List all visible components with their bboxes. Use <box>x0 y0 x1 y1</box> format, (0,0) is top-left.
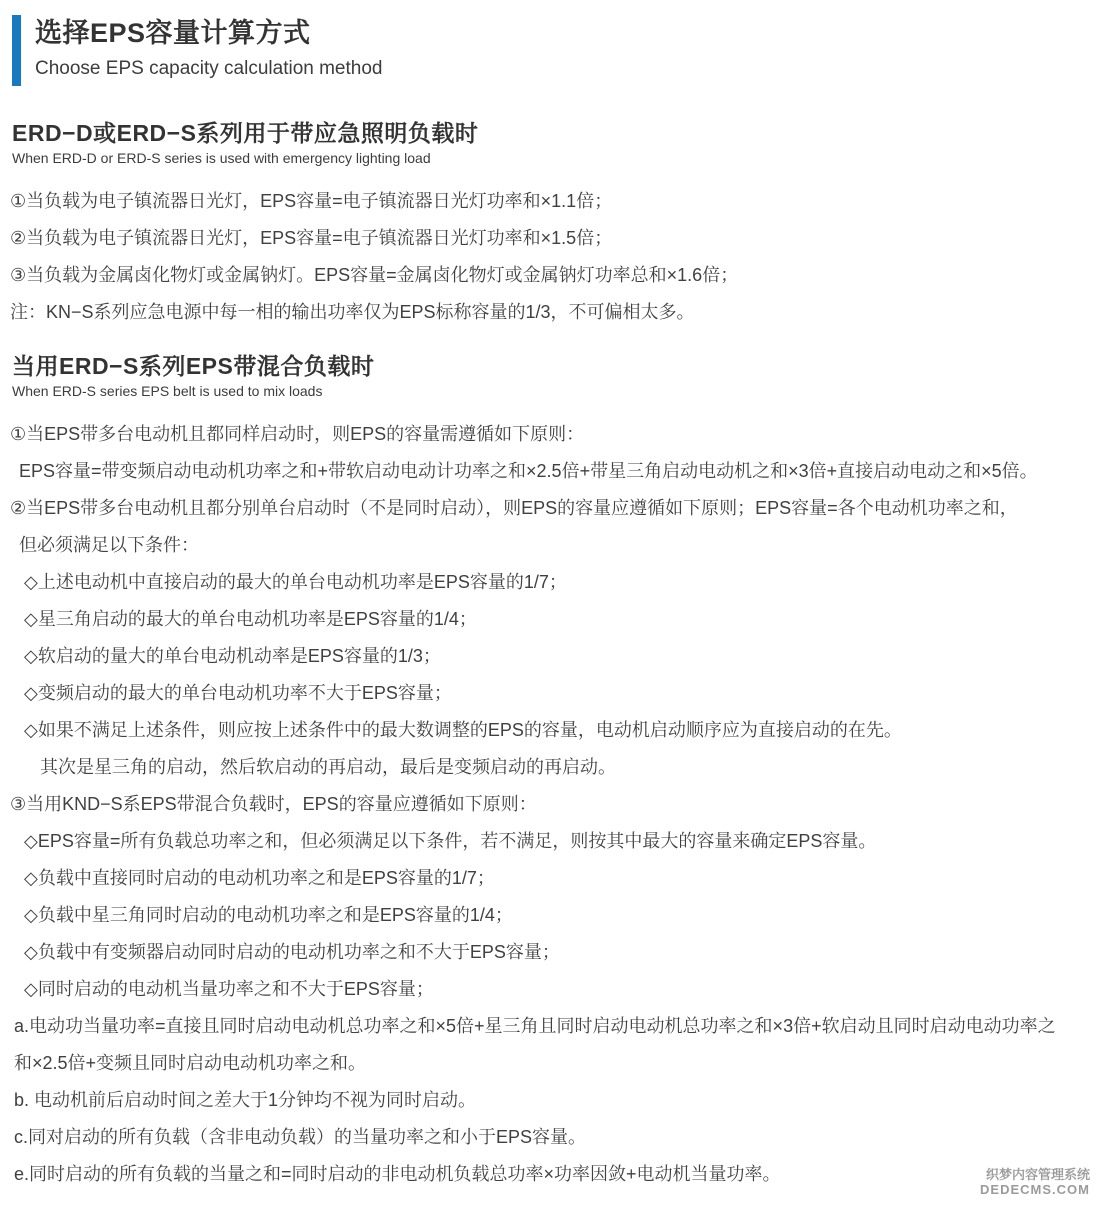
text-line: ②当负载为电子镇流器日光灯，EPS容量=电子镇流器日光灯功率和×1.5倍； <box>10 229 1100 248</box>
text-line: ◇负载中有变频器启动同时启动的电动机功率之和不大于EPS容量； <box>10 943 1100 962</box>
text-line: 其次是星三角的启动，然后软启动的再启动，最后是变频启动的再启动。 <box>10 758 1100 777</box>
document-page: 选择EPS容量计算方式 Choose EPS capacity calculat… <box>0 0 1100 1205</box>
text-line: ③当负载为金属卤化物灯或金属钠灯。EPS容量=金属卤化物灯或金属钠灯功率总和×1… <box>10 266 1100 285</box>
text-line: ◇星三角启动的最大的单台电动机功率是EPS容量的1/4； <box>10 610 1100 629</box>
accent-bar <box>12 15 21 86</box>
text-line: ◇EPS容量=所有负载总功率之和，但必须满足以下条件，若不满足，则按其中最大的容… <box>10 832 1100 851</box>
text-line: ◇负载中直接同时启动的电动机功率之和是EPS容量的1/7； <box>10 869 1100 888</box>
watermark-text-cn: 织梦内容管理系统 <box>980 1167 1090 1182</box>
text-line: ◇软启动的量大的单台电动机动率是EPS容量的1/3； <box>10 647 1100 666</box>
text-line: ①当EPS带多台电动机且都同样启动时，则EPS的容量需遵循如下原则： <box>10 425 1100 444</box>
text-line: a.电动功当量功率=直接且同时启动电动机总功率之和×5倍+星三角且同时启动电动机… <box>10 1017 1100 1036</box>
text-line: 但必须满足以下条件： <box>10 536 1100 555</box>
text-line: ◇上述电动机中直接启动的最大的单台电动机功率是EPS容量的1/7； <box>10 573 1100 592</box>
section-mixed-loads: 当用ERD−S系列EPS带混合负载时 When ERD-S series EPS… <box>12 352 1100 1184</box>
text-line: c.同对启动的所有负载（含非电动负载）的当量功率之和小于EPS容量。 <box>10 1128 1100 1147</box>
text-line: ◇负载中星三角同时启动的电动机功率之和是EPS容量的1/4； <box>10 906 1100 925</box>
section-body: ①当负载为电子镇流器日光灯，EPS容量=电子镇流器日光灯功率和×1.1倍； ②当… <box>10 192 1100 322</box>
text-line: ①当负载为电子镇流器日光灯，EPS容量=电子镇流器日光灯功率和×1.1倍； <box>10 192 1100 211</box>
text-line: ◇变频启动的最大的单台电动机功率不大于EPS容量； <box>10 684 1100 703</box>
page-title: 选择EPS容量计算方式 <box>35 16 382 51</box>
text-line: ◇同时启动的电动机当量功率之和不大于EPS容量； <box>10 980 1100 999</box>
section-heading-en: When ERD-D or ERD-S series is used with … <box>12 150 1100 167</box>
section-body: ①当EPS带多台电动机且都同样启动时，则EPS的容量需遵循如下原则： EPS容量… <box>10 425 1100 1184</box>
text-line: ③当用KND−S系EPS带混合负载时，EPS的容量应遵循如下原则： <box>10 795 1100 814</box>
section-heading: 当用ERD−S系列EPS带混合负载时 <box>12 352 1100 381</box>
page-subtitle-en: Choose EPS capacity calculation method <box>35 56 382 81</box>
section-emergency-lighting: ERD−D或ERD−S系列用于带应急照明负载时 When ERD-D or ER… <box>12 119 1100 322</box>
text-line: 注：KN−S系列应急电源中每一相的输出功率仅为EPS标称容量的1/3，不可偏相太… <box>10 303 1100 322</box>
text-line: b. 电动机前后启动时间之差大于1分钟均不视为同时启动。 <box>10 1091 1100 1110</box>
cms-watermark: 织梦内容管理系统 DEDECMS.COM <box>980 1167 1090 1197</box>
text-line: ②当EPS带多台电动机且都分别单台启动时（不是同时启动），则EPS的容量应遵循如… <box>10 499 1100 518</box>
section-heading: ERD−D或ERD−S系列用于带应急照明负载时 <box>12 119 1100 148</box>
page-header: 选择EPS容量计算方式 Choose EPS capacity calculat… <box>0 0 1100 86</box>
title-block: 选择EPS容量计算方式 Choose EPS capacity calculat… <box>35 15 382 86</box>
text-line: e.同时启动的所有负载的当量之和=同时启动的非电动机负载总功率×功率因敛+电动机… <box>10 1165 1100 1184</box>
watermark-text-en: DEDECMS.COM <box>980 1182 1090 1197</box>
text-line: EPS容量=带变频启动电动机功率之和+带软启动电动计功率之和×2.5倍+带星三角… <box>10 462 1100 481</box>
section-heading-en: When ERD-S series EPS belt is used to mi… <box>12 383 1100 400</box>
text-line: ◇如果不满足上述条件，则应按上述条件中的最大数调整的EPS的容量，电动机启动顺序… <box>10 721 1100 740</box>
text-line: 和×2.5倍+变频且同时启动电动机功率之和。 <box>10 1054 1100 1073</box>
